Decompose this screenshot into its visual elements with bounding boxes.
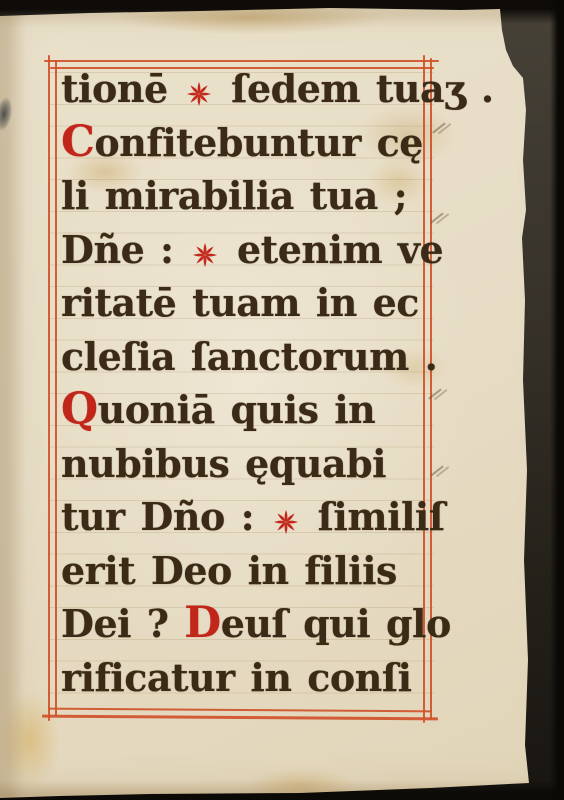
line12-text: rificatur in conſi — [61, 655, 412, 700]
text-block: tionē ſedem tuaʒ . Confitebuntur cę li m… — [61, 62, 437, 704]
line4-text-a: Dñe : — [61, 227, 189, 272]
text-line-7: Quoniā quis in — [61, 383, 437, 437]
line4-text-b: etenim ve — [221, 227, 443, 272]
text-line-8: nubibus ęquabi — [61, 437, 437, 491]
text-line-3: li mirabilia tua ; — [61, 169, 437, 223]
text-line-6: cleſia ſanctorum . — [61, 330, 437, 384]
line9-text-a: tur Dño : — [61, 494, 270, 539]
line11-text-b: euſ qui glo — [221, 601, 451, 646]
ruled-border-outer-bottom — [42, 715, 438, 720]
line7-text: uoniā quis in — [98, 387, 376, 432]
text-line-1: tionē ſedem tuaʒ . — [61, 62, 437, 116]
rubric-initial-Q: Q — [61, 384, 98, 434]
line2-text: onfitebuntur cę — [94, 120, 423, 165]
line11-text-a: Dei ? — [61, 601, 184, 646]
line3-text: li mirabilia tua ; — [61, 173, 407, 218]
line6-text: cleſia ſanctorum . — [61, 334, 437, 379]
ruled-border-inner-bottom — [48, 708, 432, 713]
ink-smudge — [0, 91, 18, 138]
ruled-border-outer-left — [48, 55, 50, 721]
photo-backdrop: tionē ſedem tuaʒ . Confitebuntur cę li m… — [0, 0, 564, 800]
rubric-star-icon — [186, 81, 212, 107]
ruled-border-inner-left — [55, 60, 57, 716]
line10-text: erit Deo in filiis — [61, 548, 397, 593]
line5-text: ritatē tuam in ec — [61, 280, 419, 325]
rubric-initial-C: C — [61, 117, 94, 167]
text-line-5: ritatē tuam in ec — [61, 276, 437, 330]
line8-text: nubibus ęquabi — [61, 441, 386, 486]
line9-text-b: ſimiliſ — [302, 494, 445, 539]
text-line-9: tur Dño : ſimiliſ — [61, 490, 437, 544]
line1-text-a: tionē — [61, 66, 183, 111]
rubric-initial-D: D — [184, 598, 220, 648]
text-line-12: rificatur in conſi — [61, 651, 437, 705]
rubric-star-icon — [192, 242, 218, 268]
line1-text-b: ſedem tuaʒ . — [215, 66, 493, 111]
parchment-leaf: tionē ſedem tuaʒ . Confitebuntur cę li m… — [0, 0, 564, 800]
text-line-11: Dei ? Deuſ qui glo — [61, 597, 437, 651]
text-line-2: Confitebuntur cę — [61, 116, 437, 170]
rubric-star-icon — [273, 509, 299, 535]
text-line-4: Dñe : etenim ve — [61, 223, 437, 277]
text-line-10: erit Deo in filiis — [61, 544, 437, 598]
